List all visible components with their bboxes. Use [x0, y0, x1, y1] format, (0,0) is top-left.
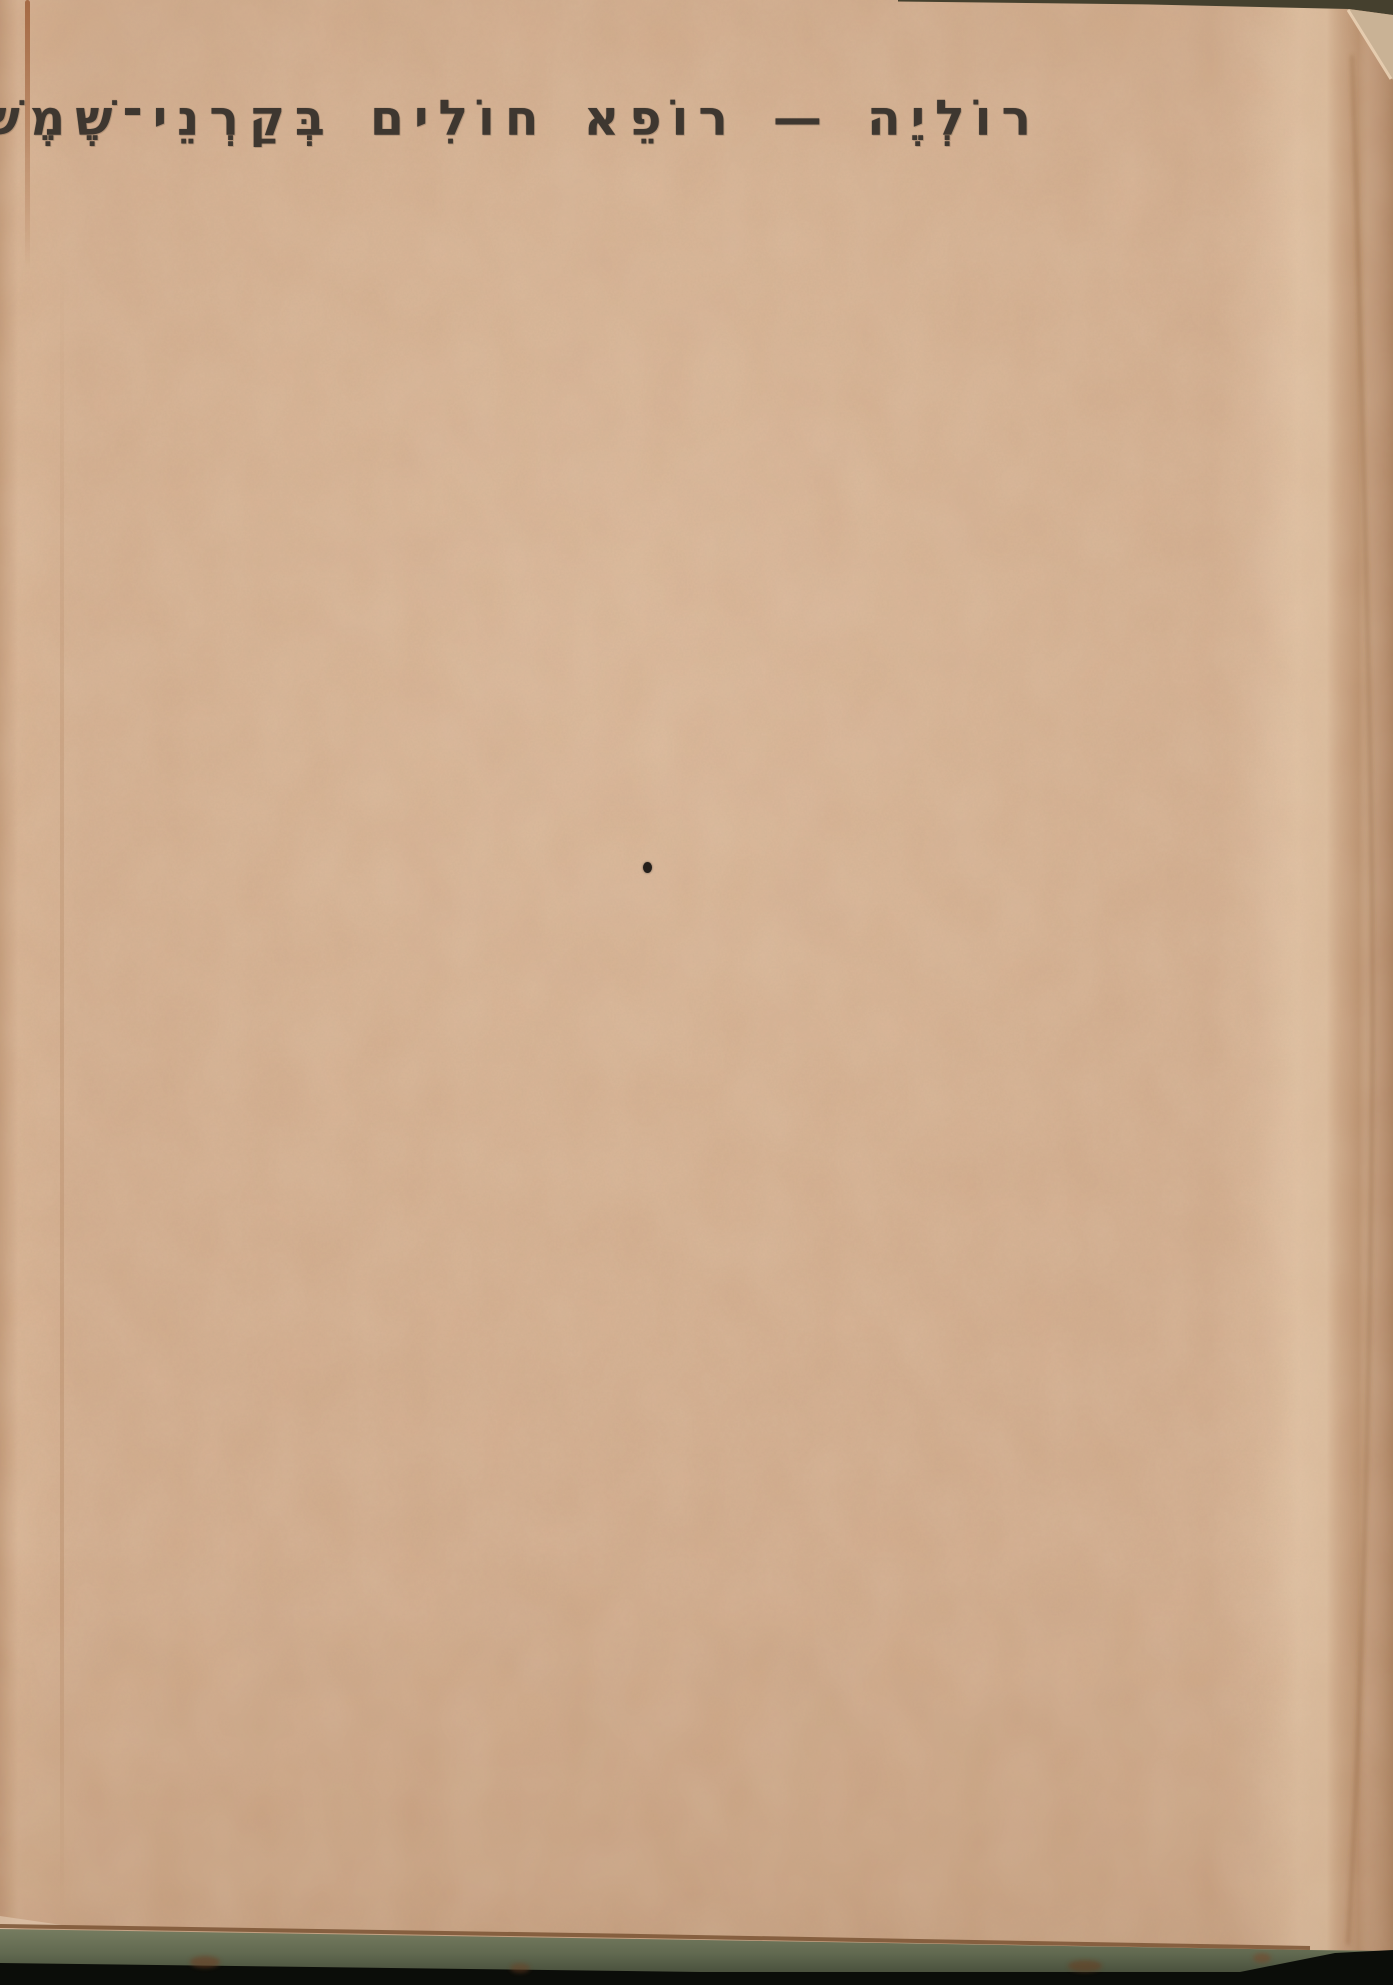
rust-spot: [1068, 1960, 1102, 1972]
rust-spot: [510, 1963, 530, 1973]
rust-spot: [1253, 1953, 1271, 1963]
paper-speckle: [0, 0, 1393, 1985]
scan-artifacts-layer: [0, 0, 1393, 1985]
page-title: רוֹלְיֶה — רוֹפֵא חוֹלִים בְּקַרְנֵי־שֶׁ…: [0, 90, 1041, 147]
left-faint-crease: [60, 240, 64, 1915]
rust-spot: [190, 1956, 220, 1968]
scanned-book-page: רוֹלְיֶה — רוֹפֵא חוֹלִים בְּקַרְנֵי־שֶׁ…: [0, 0, 1393, 1985]
ink-speck: [643, 862, 652, 873]
